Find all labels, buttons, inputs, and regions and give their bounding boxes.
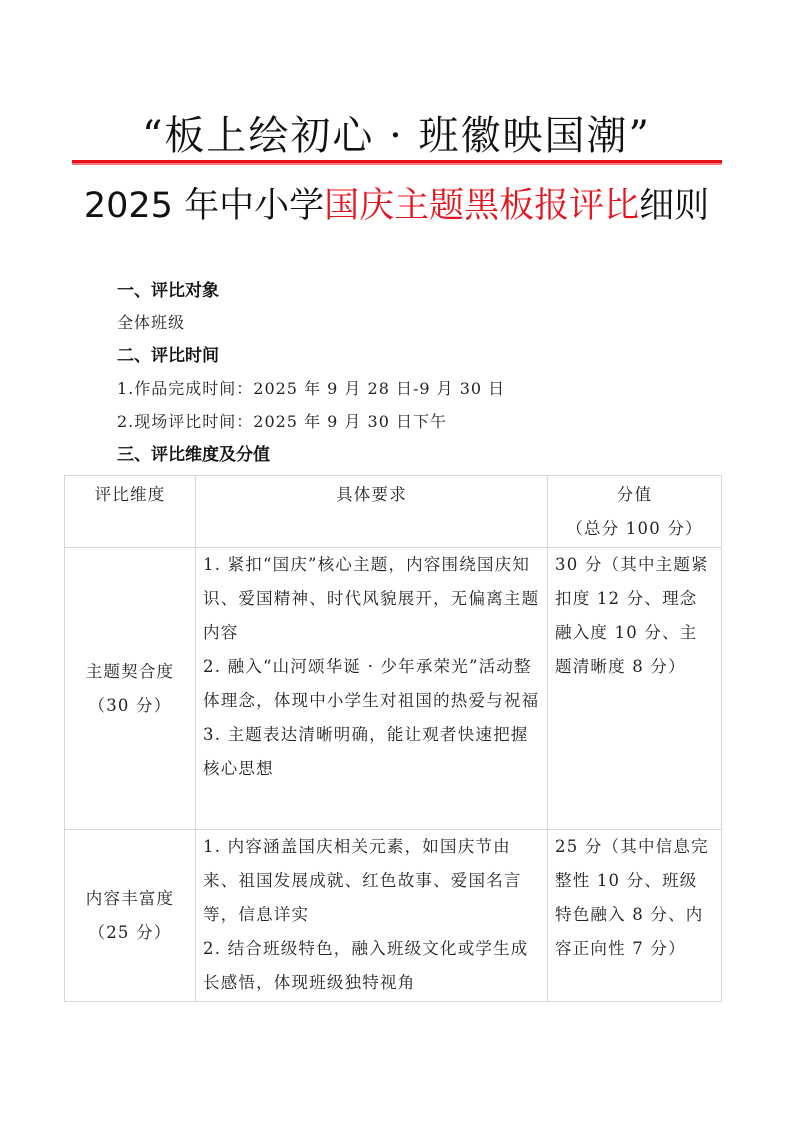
row-dimension: 主题契合度 （30 分） xyxy=(65,548,196,830)
section-heading-time: 二、评比时间 xyxy=(117,345,219,367)
dimension-label: 内容丰富度 xyxy=(72,882,188,916)
row-score: 30 分（其中主题紧扣度 12 分、理念融入度 10 分、主题清晰度 8 分） xyxy=(548,548,722,830)
table-row: 主题契合度 （30 分） 1. 紧扣“国庆”核心主题，内容围绕国庆知识、爱国精神… xyxy=(65,548,722,830)
table-row: 内容丰富度 （25 分） 1. 内容涵盖国庆相关元素，如国庆节由来、祖国发展成就… xyxy=(65,830,722,1002)
row-dimension: 内容丰富度 （25 分） xyxy=(65,830,196,1002)
title-prefix: 2025 年中小学 xyxy=(84,186,324,226)
row-score: 25 分（其中信息完整性 10 分、班级特色融入 8 分、内容正向性 7 分） xyxy=(548,830,722,1002)
requirement-item: 2. 结合班级特色，融入班级文化或学生成长感悟，体现班级独特视角 xyxy=(203,932,540,1000)
table-header-row: 评比维度 具体要求 分值 （总分 100 分） xyxy=(65,476,722,548)
requirement-item: 1. 内容涵盖国庆相关元素，如国庆节由来、祖国发展成就、红色故事、爱国名言等，信… xyxy=(203,830,540,932)
header-score-label: 分值 xyxy=(555,478,714,512)
document-title-slogan: “板上绘初心 · 班徽映国潮” xyxy=(0,112,793,160)
header-score: 分值 （总分 100 分） xyxy=(548,476,722,548)
header-requirements: 具体要求 xyxy=(196,476,548,548)
requirement-item: 3. 主题表达清晰明确，能让观者快速把握核心思想 xyxy=(203,718,540,786)
row-requirements: 1. 内容涵盖国庆相关元素，如国庆节由来、祖国发展成就、红色故事、爱国名言等，信… xyxy=(196,830,548,1002)
header-dimension: 评比维度 xyxy=(65,476,196,548)
section-text-time-2: 2.现场评比时间：2025 年 9 月 30 日下午 xyxy=(117,411,447,433)
section-heading-targets: 一、评比对象 xyxy=(117,280,219,302)
criteria-table: 评比维度 具体要求 分值 （总分 100 分） 主题契合度 （30 分） 1. … xyxy=(64,475,722,1002)
requirement-item: 1. 紧扣“国庆”核心主题，内容围绕国庆知识、爱国精神、时代风貌展开，无偏离主题… xyxy=(203,548,540,650)
title-suffix: 细则 xyxy=(639,186,709,226)
document-title-main: 2025 年中小学国庆主题黑板报评比细则 xyxy=(60,184,733,228)
section-text-targets: 全体班级 xyxy=(117,312,185,334)
dimension-score: （25 分） xyxy=(72,916,188,950)
dimension-score: （30 分） xyxy=(72,689,188,723)
dimension-label: 主题契合度 xyxy=(72,655,188,689)
header-score-total: （总分 100 分） xyxy=(555,512,714,546)
row-requirements: 1. 紧扣“国庆”核心主题，内容围绕国庆知识、爱国精神、时代风貌展开，无偏离主题… xyxy=(196,548,548,830)
section-text-time-1: 1.作品完成时间：2025 年 9 月 28 日-9 月 30 日 xyxy=(117,378,505,400)
requirement-item: 2. 融入“山河颂华诞 · 少年承荣光”活动整体理念，体现中小学生对祖国的热爱与… xyxy=(203,650,540,718)
red-divider-line-shadow xyxy=(72,163,722,165)
title-highlight: 国庆主题黑板报评比 xyxy=(324,186,639,226)
section-heading-criteria: 三、评比维度及分值 xyxy=(117,444,270,466)
